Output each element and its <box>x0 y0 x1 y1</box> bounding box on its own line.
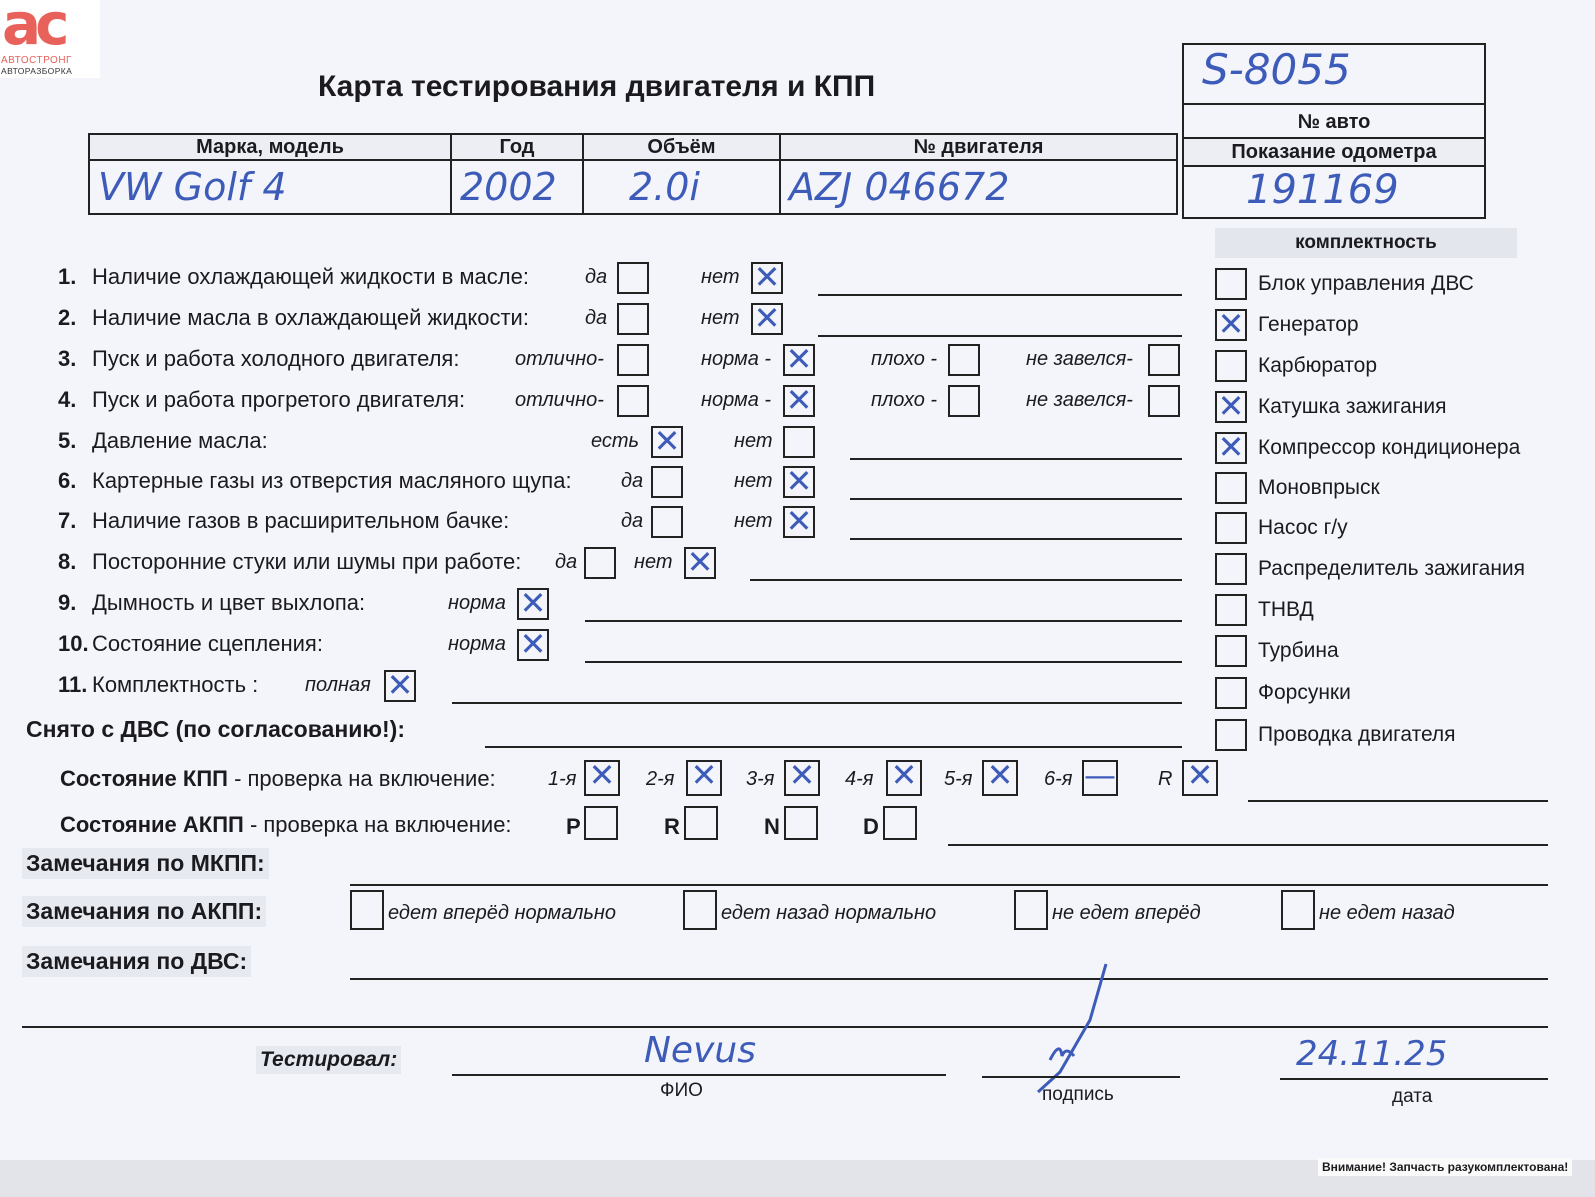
check-mark-icon: ✕ <box>1184 756 1216 794</box>
question-text: Наличие газов в расширительном бачке: <box>92 508 509 534</box>
completeness-checkbox[interactable] <box>1215 594 1247 626</box>
auto-info-box: S-8055 № авто Показание одометра 191169 <box>1182 43 1486 219</box>
check-mark-icon: ✕ <box>785 381 813 419</box>
akpp-remark-label: едет назад нормально <box>721 902 936 925</box>
option-label: нет <box>734 430 773 453</box>
make-model-label: Марка, модель <box>89 134 451 160</box>
akpp-position-checkbox[interactable] <box>883 806 917 840</box>
dash-mark-icon: — <box>1084 756 1116 794</box>
gear-label: 5-я <box>944 768 972 791</box>
name-caption: ФИО <box>660 1080 703 1102</box>
question-number: 5. <box>58 428 76 454</box>
completeness-checkbox[interactable] <box>1215 677 1247 709</box>
option-label: отлично- <box>515 389 604 412</box>
check-mark-icon: ✕ <box>786 756 818 794</box>
check-mark-icon: ✕ <box>753 299 781 337</box>
odometer-label: Показание одометра <box>1184 139 1484 167</box>
gear-label: 4-я <box>845 768 873 791</box>
akpp-remark-checkbox[interactable] <box>1014 890 1048 930</box>
question-text: Наличие масла в охлаждающей жидкости: <box>92 305 529 331</box>
option-label: да <box>555 551 577 574</box>
option-checkbox[interactable]: ✕ <box>651 426 683 458</box>
akpp-position-checkbox[interactable] <box>684 806 718 840</box>
option-label: да <box>621 470 643 493</box>
completeness-checkbox[interactable] <box>1215 719 1247 751</box>
gear-checkbox[interactable]: ✕ <box>784 760 820 796</box>
check-mark-icon: ✕ <box>519 584 547 622</box>
option-checkbox[interactable] <box>617 344 649 376</box>
gear-checkbox[interactable]: ✕ <box>1182 760 1218 796</box>
option-label: да <box>585 266 607 289</box>
year-field[interactable]: 2002 <box>451 160 583 214</box>
question-number: 11. <box>58 672 87 698</box>
question-number: 9. <box>58 590 76 616</box>
option-checkbox[interactable] <box>948 385 980 417</box>
odometer-field[interactable]: 191169 <box>1184 167 1484 217</box>
question-number: 1. <box>58 264 76 290</box>
check-mark-icon: ✕ <box>984 756 1016 794</box>
gear-label: 2-я <box>646 768 674 791</box>
question-text: Посторонние стуки или шумы при работе: <box>92 549 521 575</box>
akpp-position-checkbox[interactable] <box>784 806 818 840</box>
completeness-label: Распределитель зажигания <box>1258 557 1525 581</box>
completeness-title: комплектность <box>1215 228 1517 258</box>
option-checkbox[interactable]: ✕ <box>751 303 783 335</box>
option-label: плохо - <box>871 389 937 412</box>
question-text: Картерные газы из отверстия масляного щу… <box>92 468 572 494</box>
option-label: норма <box>448 592 506 615</box>
completeness-label: Катушка зажигания <box>1258 395 1446 419</box>
date-field[interactable]: 24.11.25 <box>1296 1034 1447 1074</box>
question-number: 8. <box>58 549 76 575</box>
check-mark-icon: ✕ <box>653 422 681 460</box>
question-number: 7. <box>58 508 76 534</box>
completeness-label: Блок управления ДВС <box>1258 272 1474 296</box>
question-text: Пуск и работа прогретого двигателя: <box>92 387 465 413</box>
option-checkbox[interactable]: ✕ <box>783 385 815 417</box>
volume-label: Объём <box>583 134 780 160</box>
gear-label: R <box>1158 768 1172 791</box>
completeness-checkbox[interactable] <box>1215 553 1247 585</box>
option-label: норма - <box>701 389 771 412</box>
remark-line[interactable] <box>850 458 1182 460</box>
logo-mark: ac <box>2 0 64 54</box>
option-label: отлично- <box>515 348 604 371</box>
tester-name-field[interactable]: Nevus <box>644 1030 756 1071</box>
remark-line[interactable] <box>850 538 1182 540</box>
completeness-label: Насос г/у <box>1258 516 1348 540</box>
question-text: Дымность и цвет выхлопа: <box>92 590 365 616</box>
signature-field[interactable] <box>990 960 1120 1100</box>
warning-banner: Внимание! Запчасть разукомплектована! <box>1318 1158 1572 1176</box>
akpp-remark-label: не едет назад <box>1319 902 1455 925</box>
remark-line[interactable] <box>750 579 1182 581</box>
gear-checkbox[interactable]: ✕ <box>982 760 1018 796</box>
akpp-remark-line[interactable] <box>948 844 1548 846</box>
option-checkbox[interactable] <box>617 303 649 335</box>
option-label: нет <box>634 551 673 574</box>
check-mark-icon: ✕ <box>688 756 720 794</box>
option-label: не завелся- <box>1026 348 1133 371</box>
option-checkbox[interactable]: ✕ <box>783 506 815 538</box>
check-mark-icon: ✕ <box>586 756 618 794</box>
remark-line[interactable] <box>818 294 1182 296</box>
option-label: норма <box>448 633 506 656</box>
question-text: Наличие охлаждающей жидкости в масле: <box>92 264 529 290</box>
check-mark-icon: ✕ <box>1217 428 1245 466</box>
completeness-label: Компрессор кондиционера <box>1258 436 1520 460</box>
question-number: 4. <box>58 387 76 413</box>
removed-input-line[interactable] <box>485 746 1182 748</box>
engine-no-label: № двигателя <box>780 134 1177 160</box>
completeness-label: Проводка двигателя <box>1258 723 1456 747</box>
option-checkbox[interactable]: ✕ <box>751 262 783 294</box>
gear-checkbox[interactable]: ✕ <box>686 760 722 796</box>
gear-checkbox[interactable]: — <box>1082 760 1118 796</box>
completeness-checkbox[interactable] <box>1215 635 1247 667</box>
option-checkbox[interactable] <box>783 426 815 458</box>
completeness-checkbox[interactable]: ✕ <box>1215 391 1247 423</box>
completeness-checkbox[interactable] <box>1215 512 1247 544</box>
completeness-checkbox[interactable] <box>1215 350 1247 382</box>
remark-line[interactable] <box>452 702 1182 704</box>
completeness-label: Форсунки <box>1258 681 1351 705</box>
completeness-checkbox[interactable] <box>1215 268 1247 300</box>
option-checkbox[interactable] <box>651 466 683 498</box>
akpp-remark-label: едет вперёд нормально <box>388 902 616 925</box>
akpp-position-label: D <box>863 814 879 840</box>
option-label: нет <box>701 266 740 289</box>
check-mark-icon: ✕ <box>1217 305 1245 343</box>
completeness-checkbox[interactable]: ✕ <box>1215 309 1247 341</box>
kpp-remark-line[interactable] <box>1248 800 1548 802</box>
option-label: есть <box>591 430 639 453</box>
check-mark-icon: ✕ <box>1217 387 1245 425</box>
akpp-remark-checkbox[interactable] <box>683 890 717 930</box>
option-checkbox[interactable]: ✕ <box>783 466 815 498</box>
option-label: нет <box>701 307 740 330</box>
akpp-remark-checkbox[interactable] <box>350 890 384 930</box>
option-checkbox[interactable] <box>617 385 649 417</box>
gear-label: 6-я <box>1044 768 1072 791</box>
remark-line[interactable] <box>818 335 1182 337</box>
check-mark-icon: ✕ <box>888 756 920 794</box>
dvs-remarks-line-2[interactable] <box>22 1026 1548 1028</box>
check-mark-icon: ✕ <box>785 462 813 500</box>
option-checkbox[interactable] <box>617 262 649 294</box>
removed-label: Снято с ДВС (по согласованию!): <box>26 716 405 743</box>
akpp-remark-checkbox[interactable] <box>1281 890 1315 930</box>
auto-no-field[interactable]: S-8055 <box>1184 45 1484 105</box>
option-checkbox[interactable]: ✕ <box>517 588 549 620</box>
question-text: Комплектность : <box>92 672 258 698</box>
option-checkbox[interactable] <box>651 506 683 538</box>
mkpp-remarks-line[interactable] <box>350 884 1548 886</box>
option-label: не завелся- <box>1026 389 1133 412</box>
akpp-position-checkbox[interactable] <box>584 806 618 840</box>
completeness-label: Карбюратор <box>1258 354 1377 378</box>
mkpp-remarks-label: Замечания по МКПП: <box>22 848 269 879</box>
option-checkbox[interactable] <box>1148 344 1180 376</box>
remark-line[interactable] <box>585 620 1182 622</box>
dvs-remarks-label: Замечания по ДВС: <box>22 946 251 977</box>
kpp-label: Состояние КПП - проверка на включение: <box>60 766 496 792</box>
tested-label: Тестировал: <box>256 1046 401 1074</box>
date-caption: дата <box>1392 1086 1432 1108</box>
tester-name-line <box>452 1074 946 1076</box>
question-number: 2. <box>58 305 76 331</box>
engine-no-field[interactable]: AZJ 046672 <box>780 160 1177 214</box>
question-number: 3. <box>58 346 76 372</box>
option-checkbox[interactable] <box>1148 385 1180 417</box>
vehicle-info-table: Марка, модель Год Объём № двигателя VW G… <box>88 133 1178 215</box>
completeness-checkbox[interactable] <box>1215 472 1247 504</box>
option-label: плохо - <box>871 348 937 371</box>
gear-checkbox[interactable]: ✕ <box>886 760 922 796</box>
option-checkbox[interactable]: ✕ <box>684 547 716 579</box>
option-checkbox[interactable]: ✕ <box>783 344 815 376</box>
akpp-remarks-label: Замечания по АКПП: <box>22 896 266 927</box>
auto-no-label: № авто <box>1184 107 1484 139</box>
akpp-position-label: N <box>764 814 780 840</box>
question-text: Пуск и работа холодного двигателя: <box>92 346 459 372</box>
akpp-position-label: R <box>664 814 680 840</box>
check-mark-icon: ✕ <box>785 340 813 378</box>
option-checkbox[interactable]: ✕ <box>517 629 549 661</box>
option-label: нет <box>734 470 773 493</box>
option-checkbox[interactable] <box>584 547 616 579</box>
gear-label: 3-я <box>746 768 774 791</box>
completeness-checkbox[interactable]: ✕ <box>1215 432 1247 464</box>
option-label: да <box>621 510 643 533</box>
gear-checkbox[interactable]: ✕ <box>584 760 620 796</box>
check-mark-icon: ✕ <box>785 502 813 540</box>
check-mark-icon: ✕ <box>386 666 414 704</box>
akpp-remark-label: не едет вперёд <box>1052 902 1201 925</box>
completeness-label: Моновпрыск <box>1258 476 1380 500</box>
date-line <box>1280 1078 1548 1080</box>
signature-caption: подпись <box>1042 1084 1114 1106</box>
option-label: да <box>585 307 607 330</box>
option-label: полная <box>305 674 371 697</box>
question-number: 6. <box>58 468 76 494</box>
logo-line2: АВТОРАЗБОРКА <box>1 66 72 76</box>
volume-field[interactable]: 2.0i <box>583 160 780 214</box>
option-label: нет <box>734 510 773 533</box>
check-mark-icon: ✕ <box>686 543 714 581</box>
make-model-field[interactable]: VW Golf 4 <box>89 160 451 214</box>
check-mark-icon: ✕ <box>753 258 781 296</box>
remark-line[interactable] <box>850 498 1182 500</box>
gear-label: 1-я <box>548 768 576 791</box>
check-mark-icon: ✕ <box>519 625 547 663</box>
completeness-label: ТНВД <box>1258 598 1314 622</box>
question-text: Состояние сцепления: <box>92 631 323 657</box>
option-label: норма - <box>701 348 771 371</box>
completeness-label: Турбина <box>1258 639 1339 663</box>
question-number: 10. <box>58 631 89 657</box>
page-title: Карта тестирования двигателя и КПП <box>318 70 875 104</box>
remark-line[interactable] <box>585 661 1182 663</box>
dvs-remarks-line[interactable] <box>350 978 1548 980</box>
completeness-label: Генератор <box>1258 313 1359 337</box>
option-checkbox[interactable] <box>948 344 980 376</box>
question-text: Давление масла: <box>92 428 268 454</box>
signature-line <box>982 1076 1180 1078</box>
logo-line1: АВТОСТРОНГ <box>1 55 72 66</box>
akpp-position-label: P <box>566 814 581 840</box>
option-checkbox[interactable]: ✕ <box>384 670 416 702</box>
akpp-label: Состояние АКПП - проверка на включение: <box>60 812 512 838</box>
logo: ac АВТОСТРОНГ АВТОРАЗБОРКА <box>0 0 100 78</box>
year-label: Год <box>451 134 583 160</box>
